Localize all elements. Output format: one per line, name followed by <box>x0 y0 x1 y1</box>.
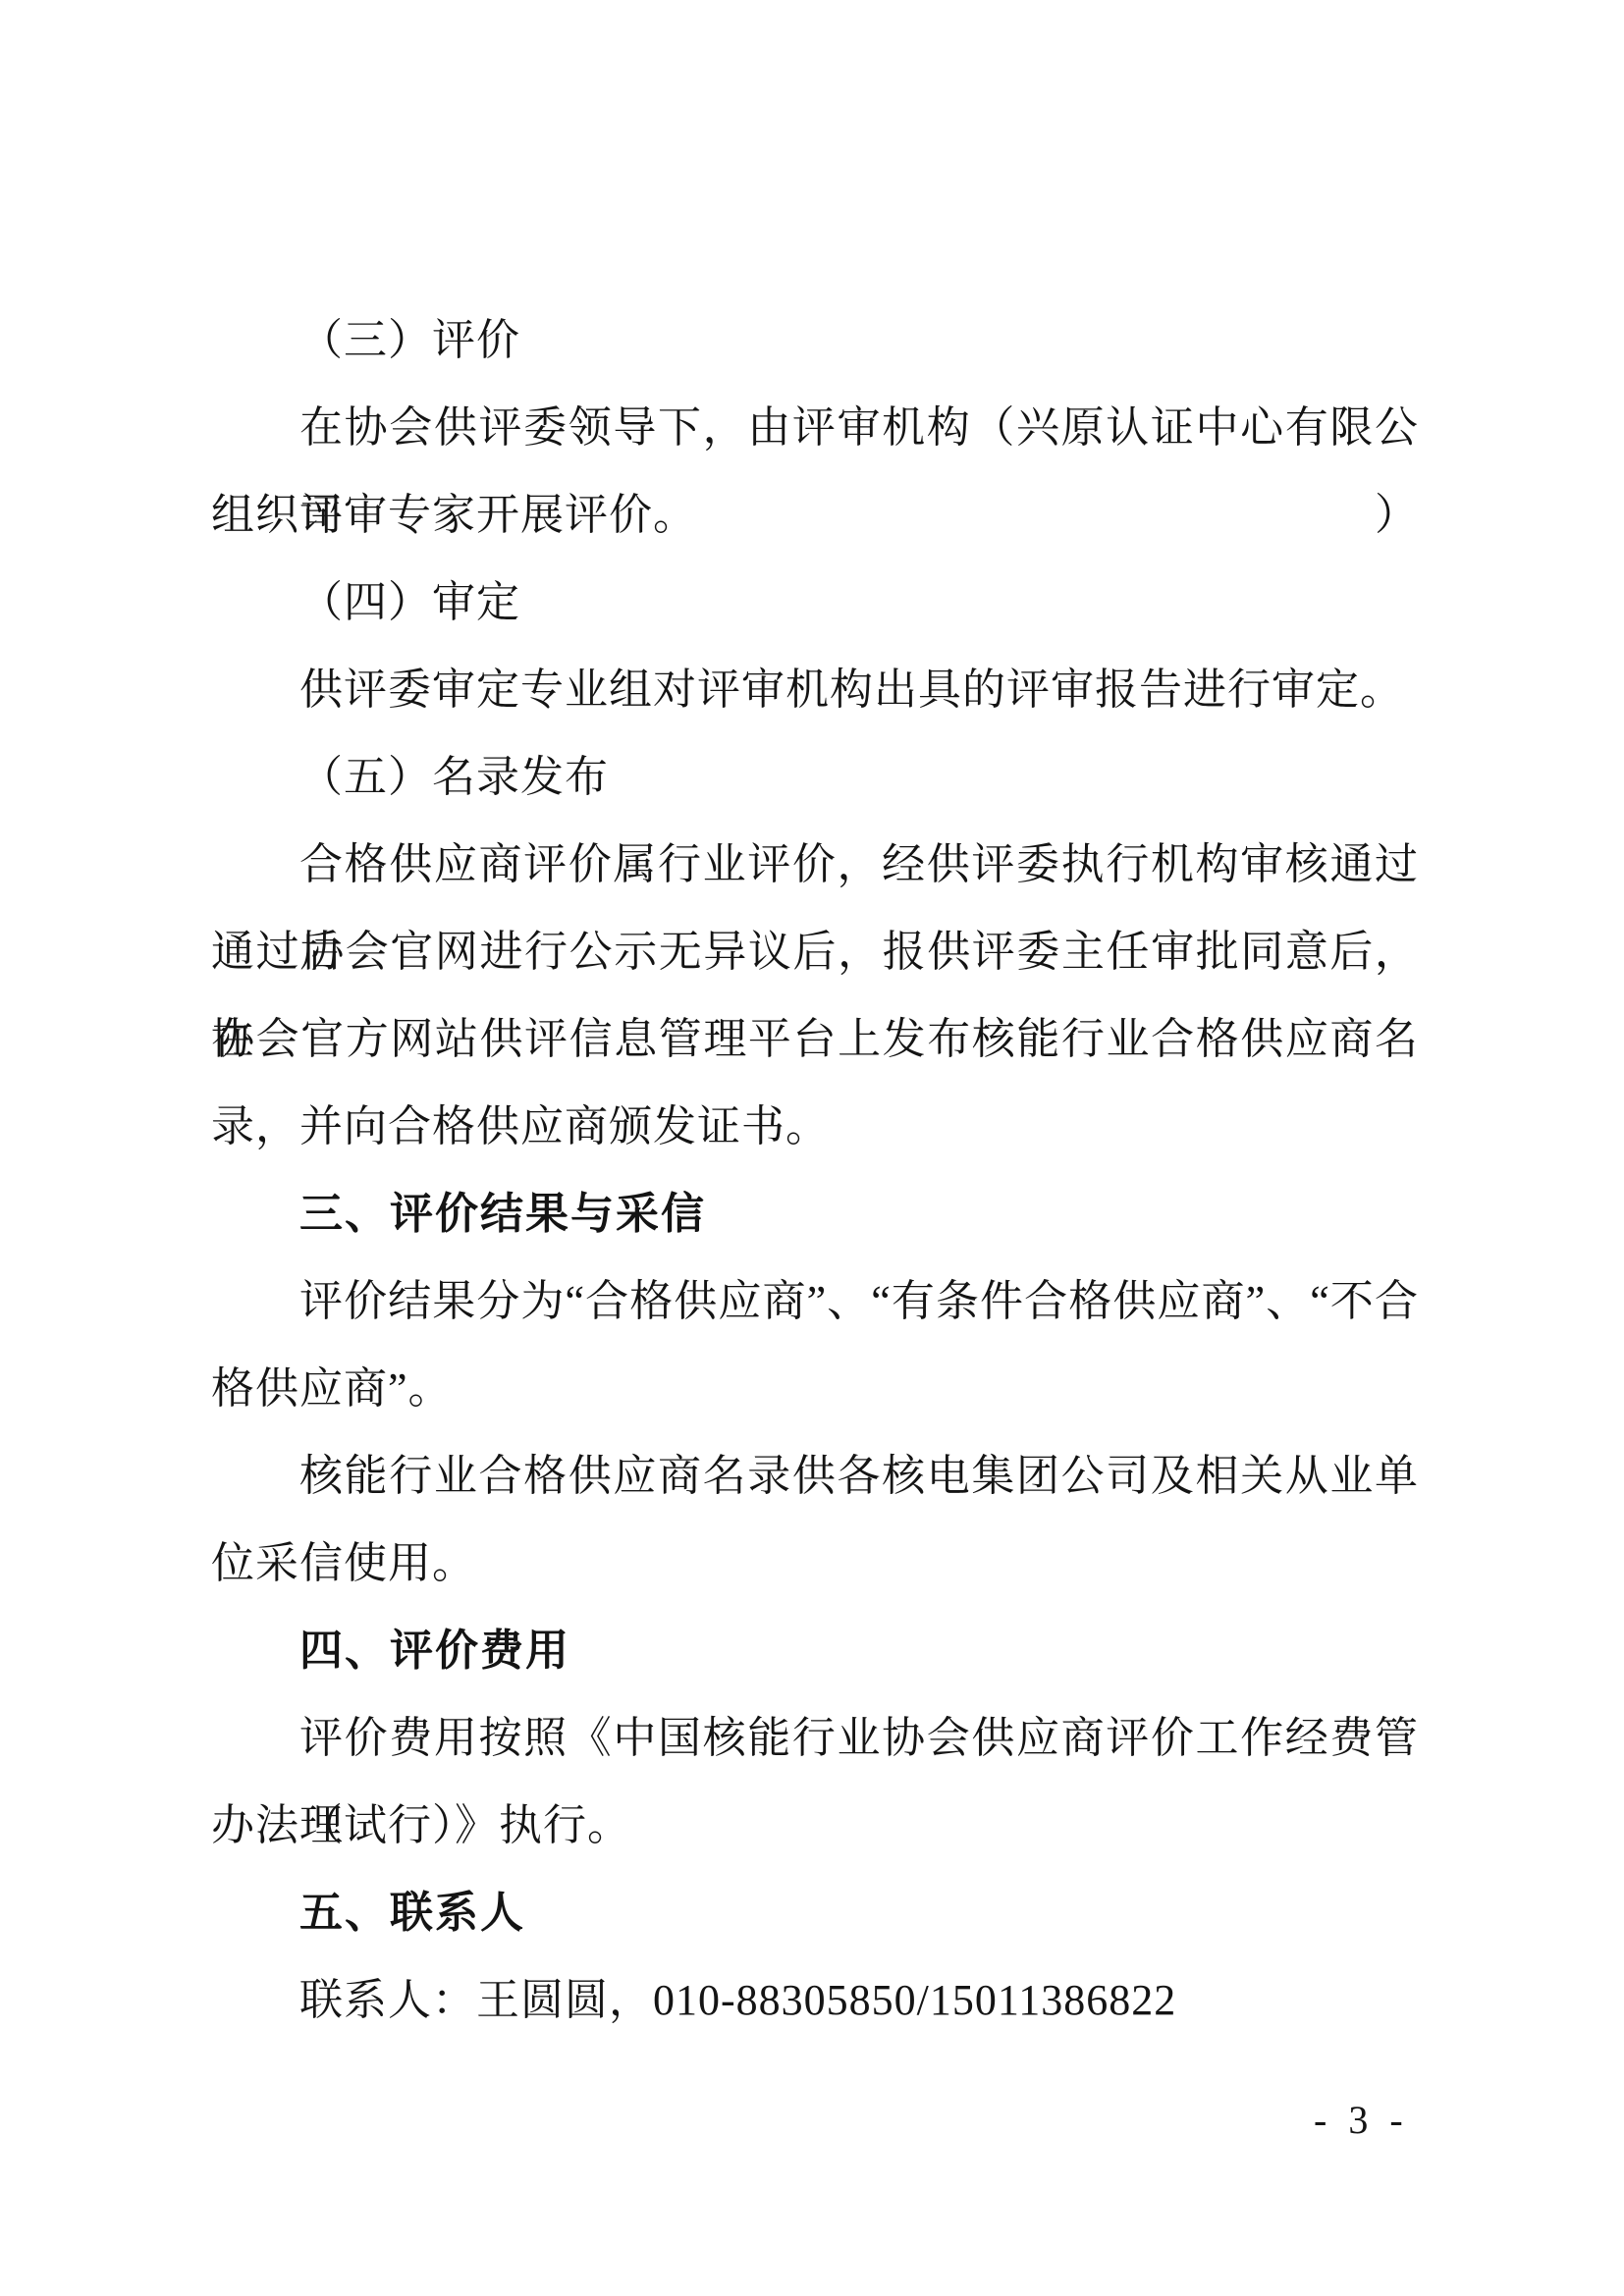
paragraph-line: 合格供应商评价属行业评价，经供评委执行机构审核通过后， <box>211 821 1419 908</box>
paragraph-line: 评价结果分为“合格供应商”、“有条件合格供应商”、“不合 <box>211 1257 1419 1345</box>
paragraph-line: 办法（试行）》执行。 <box>211 1782 1419 1869</box>
chapter-heading-3: 三、评价结果与采信 <box>211 1170 1419 1257</box>
paragraph-line: 供评委审定专业组对评审机构出具的评审报告进行审定。 <box>211 646 1419 733</box>
paragraph-line: 核能行业合格供应商名录供各核电集团公司及相关从业单 <box>211 1432 1419 1520</box>
paragraph-line: 评价费用按照《中国核能行业协会供应商评价工作经费管理 <box>211 1694 1419 1782</box>
paragraph-line: 在协会供评委领导下，由评审机构（兴原认证中心有限公司） <box>211 384 1419 471</box>
section-heading-4: （四）审定 <box>211 559 1419 646</box>
section-heading-5: （五）名录发布 <box>211 733 1419 821</box>
paragraph-line: 通过协会官网进行公示无异议后，报供评委主任审批同意后，在 <box>211 908 1419 995</box>
paragraph-line: 协会官方网站供评信息管理平台上发布核能行业合格供应商名 <box>211 995 1419 1083</box>
paragraph-line: 格供应商”。 <box>211 1345 1419 1432</box>
paragraph-line: 位采信使用。 <box>211 1520 1419 1607</box>
chapter-heading-4: 四、评价费用 <box>211 1607 1419 1694</box>
chapter-heading-5: 五、联系人 <box>211 1869 1419 1956</box>
paragraph-line: 录，并向合格供应商颁发证书。 <box>211 1083 1419 1170</box>
contact-line: 联系人：王圆圆，010-88305850/15011386822 <box>211 1956 1419 2044</box>
section-heading-3: （三）评价 <box>211 296 1419 384</box>
page-number: - 3 - <box>1314 2097 1409 2143</box>
document-body: （三）评价 在协会供评委领导下，由评审机构（兴原认证中心有限公司） 组织评审专家… <box>211 296 1419 2044</box>
document-page: （三）评价 在协会供评委领导下，由评审机构（兴原认证中心有限公司） 组织评审专家… <box>0 0 1624 2296</box>
